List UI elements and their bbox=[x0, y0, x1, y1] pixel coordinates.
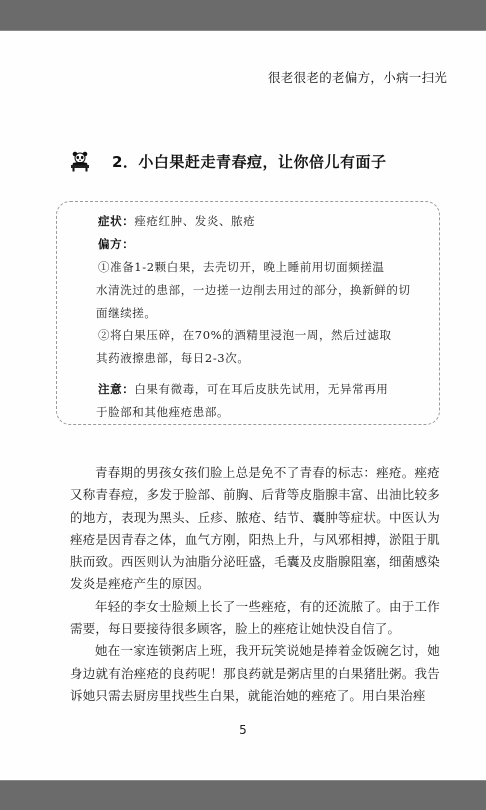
symptoms-text: 痤疮红肿、发炎、脓疮 bbox=[134, 214, 255, 228]
symptoms-line: 症状：痤疮红肿、发炎、脓疮 bbox=[98, 213, 255, 229]
step1-line-2: 水清洗过的患部，一边搓一边削去用过的部分，换新鲜的切 bbox=[96, 282, 411, 298]
panda-icon bbox=[70, 150, 90, 172]
section-heading: 2．小白果赶走青春痘，让你倍儿有面子 bbox=[70, 148, 386, 174]
note-line-1: 注意：白果有微毒，可在耳后皮肤先试用，无异常再用 bbox=[98, 381, 388, 397]
section-title: 2．小白果赶走青春痘，让你倍儿有面子 bbox=[112, 151, 386, 172]
running-head: 很老很老的老偏方，小病一扫光 bbox=[268, 68, 448, 86]
step1-line-3: 面继续搓。 bbox=[96, 305, 157, 321]
symptoms-label: 症状： bbox=[98, 214, 134, 228]
note-text: 白果有微毒，可在耳后皮肤先试用，无异常再用 bbox=[134, 382, 388, 396]
viewer-top-bar bbox=[0, 0, 486, 31]
note-line-2: 于脸部和其他痤疮患部。 bbox=[96, 404, 229, 420]
step1-line-1: ①准备1-2颗白果，去壳切开，晚上睡前用切面频搓温 bbox=[98, 259, 385, 275]
note-label: 注意： bbox=[98, 382, 134, 396]
step2-line-1: ②将白果压碎，在70%的酒精里浸泡一周，然后过滤取 bbox=[98, 327, 392, 343]
prescription-line: 偏方： bbox=[98, 236, 134, 252]
prescription-label: 偏方： bbox=[98, 237, 134, 251]
page-number: 5 bbox=[0, 723, 486, 737]
paragraph: 年轻的李女士脸颊上长了一些痤疮，有的还流脓了。由于工作需要，每日要接待很多顾客，… bbox=[70, 596, 440, 641]
paragraph: 她在一家连锁粥店上班，我开玩笑说她是捧着金饭碗乞讨，她身边就有治痤疮的良药呢！那… bbox=[70, 640, 440, 707]
step2-line-2: 其药液擦患部，每日2-3次。 bbox=[96, 350, 249, 366]
body-text: 青春期的男孩女孩们脸上总是免不了青春的标志：痤疮。痤疮又称青春痘，多发于脸部、前… bbox=[70, 462, 440, 707]
viewer-bottom-bar bbox=[0, 780, 486, 810]
paragraph: 青春期的男孩女孩们脸上总是免不了青春的标志：痤疮。痤疮又称青春痘，多发于脸部、前… bbox=[70, 462, 440, 596]
